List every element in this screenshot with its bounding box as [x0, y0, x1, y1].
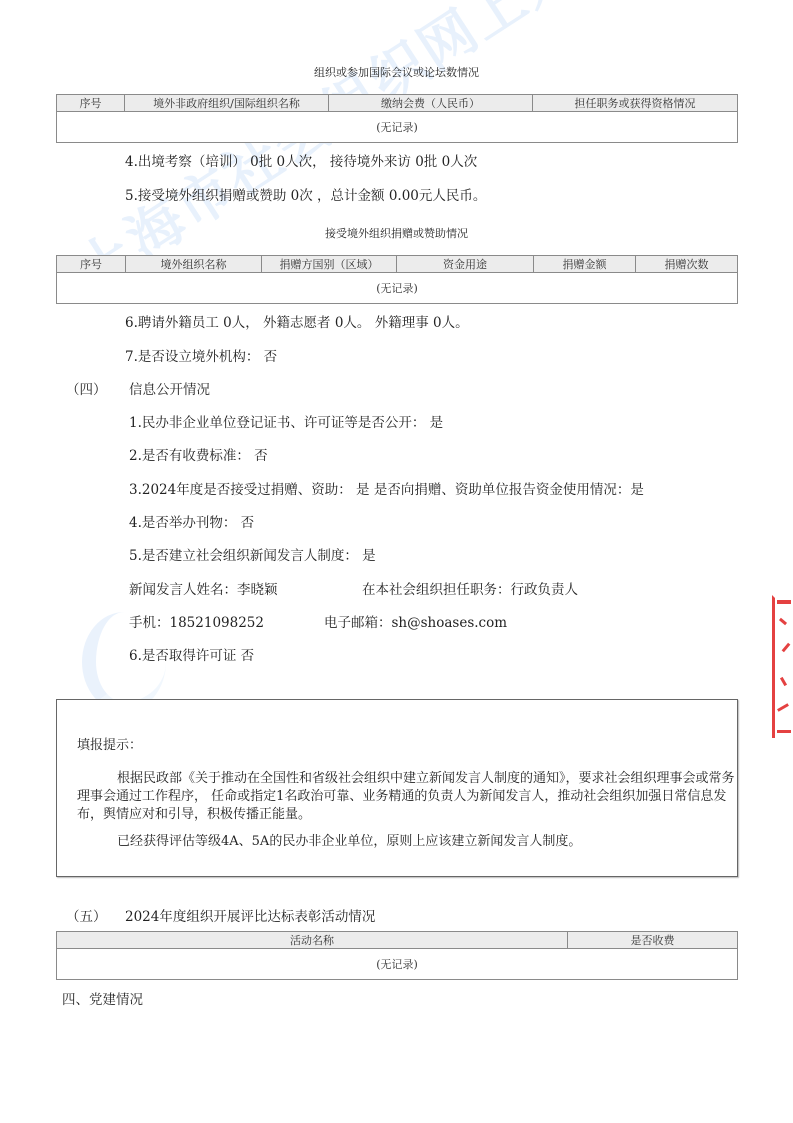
section-title: 2024年度组织开展评比达标表彰活动情况	[125, 905, 375, 925]
spokesperson-role: 在本社会组织担任职务：行政负责人	[362, 578, 578, 598]
col-header: 捐赠方国别（区域）	[262, 256, 397, 273]
table-row: (无记录)	[57, 273, 738, 304]
disclosure-item-3: 3.2024年度是否接受过捐赠、资助： 是 是否向捐赠、资助单位报告资金使用情况…	[129, 478, 644, 498]
item-foreign-staff: 6.聘请外籍员工 0人， 外籍志愿者 0人。 外籍理事 0人。	[125, 311, 469, 331]
tips-paragraph-2: 已经获得评估等级4A、5A的民办非企业单位，原则上应该建立新闻发言人制度。	[77, 833, 737, 851]
col-header: 担任职务或获得资格情况	[533, 95, 738, 112]
table-header-row: 序号 境外非政府组织/国际组织名称 缴纳会费（人民币） 担任职务或获得资格情况	[57, 95, 738, 112]
tips-title: 填报提示：	[77, 734, 142, 753]
disclosure-item-5: 5.是否建立社会组织新闻发言人制度： 是	[129, 544, 376, 564]
table-row: (无记录)	[57, 112, 738, 143]
item-overseas-donations: 5.接受境外组织捐赠或赞助 0次 ，总计金额 0.00元人民币。	[125, 184, 486, 204]
watermark: 上海市社会组织网上办事平台	[60, 0, 730, 290]
table-row: (无记录)	[57, 949, 738, 980]
col-header: 是否收费	[568, 932, 738, 949]
col-header: 活动名称	[57, 932, 568, 949]
col-header: 缴纳会费（人民币）	[329, 95, 533, 112]
spokesperson-phone: 手机：18521098252	[129, 611, 264, 631]
donations-table: 序号 境外组织名称 捐赠方国别（区域） 资金用途 捐赠金额 捐赠次数 (无记录)	[56, 255, 738, 304]
item-overseas-visits: 4.出境考察（培训） 0批 0人次， 接待境外来访 0批 0人次	[125, 150, 477, 170]
tips-paragraph-1: 根据民政部《关于推动在全国性和省级社会组织中建立新闻发言人制度的通知》，要求社会…	[77, 770, 737, 824]
donations-caption: 接受境外组织捐赠或赞助情况	[0, 225, 793, 241]
empty-record: (无记录)	[57, 949, 738, 980]
disclosure-item-6: 6.是否取得许可证 否	[129, 644, 254, 664]
col-header: 序号	[57, 95, 125, 112]
section-title: 信息公开情况	[129, 378, 210, 398]
disclosure-item-2: 2.是否有收费标准： 否	[129, 444, 268, 464]
intl-meetings-caption: 组织或参加国际会议或论坛数情况	[0, 64, 793, 80]
col-header: 境外组织名称	[126, 256, 262, 273]
col-header: 境外非政府组织/国际组织名称	[125, 95, 329, 112]
item-overseas-branch: 7.是否设立境外机构： 否	[125, 345, 277, 365]
table-header-row: 活动名称 是否收费	[57, 932, 738, 949]
party-building-heading: 四、党建情况	[62, 988, 143, 1008]
empty-record: (无记录)	[57, 273, 738, 304]
section-number: （四）	[66, 378, 107, 398]
table-header-row: 序号 境外组织名称 捐赠方国别（区域） 资金用途 捐赠金额 捐赠次数	[57, 256, 738, 273]
intl-meetings-table: 序号 境外非政府组织/国际组织名称 缴纳会费（人民币） 担任职务或获得资格情况 …	[56, 94, 738, 143]
section-number: （五）	[66, 905, 107, 925]
col-header: 序号	[57, 256, 126, 273]
spokesperson-name: 新闻发言人姓名：李晓颖	[129, 578, 278, 598]
disclosure-item-1: 1.民办非企业单位登记证书、许可证等是否公开： 是	[129, 411, 443, 431]
seal-stamp-icon	[772, 595, 793, 738]
empty-record: (无记录)	[57, 112, 738, 143]
col-header: 捐赠次数	[636, 256, 738, 273]
disclosure-item-4: 4.是否举办刊物： 否	[129, 511, 254, 531]
filling-tips-box: 填报提示： 根据民政部《关于推动在全国性和省级社会组织中建立新闻发言人制度的通知…	[56, 699, 738, 877]
col-header: 捐赠金额	[534, 256, 636, 273]
spokesperson-email: 电子邮箱：sh@shoases.com	[324, 611, 507, 631]
col-header: 资金用途	[397, 256, 534, 273]
awards-table: 活动名称 是否收费 (无记录)	[56, 931, 738, 980]
